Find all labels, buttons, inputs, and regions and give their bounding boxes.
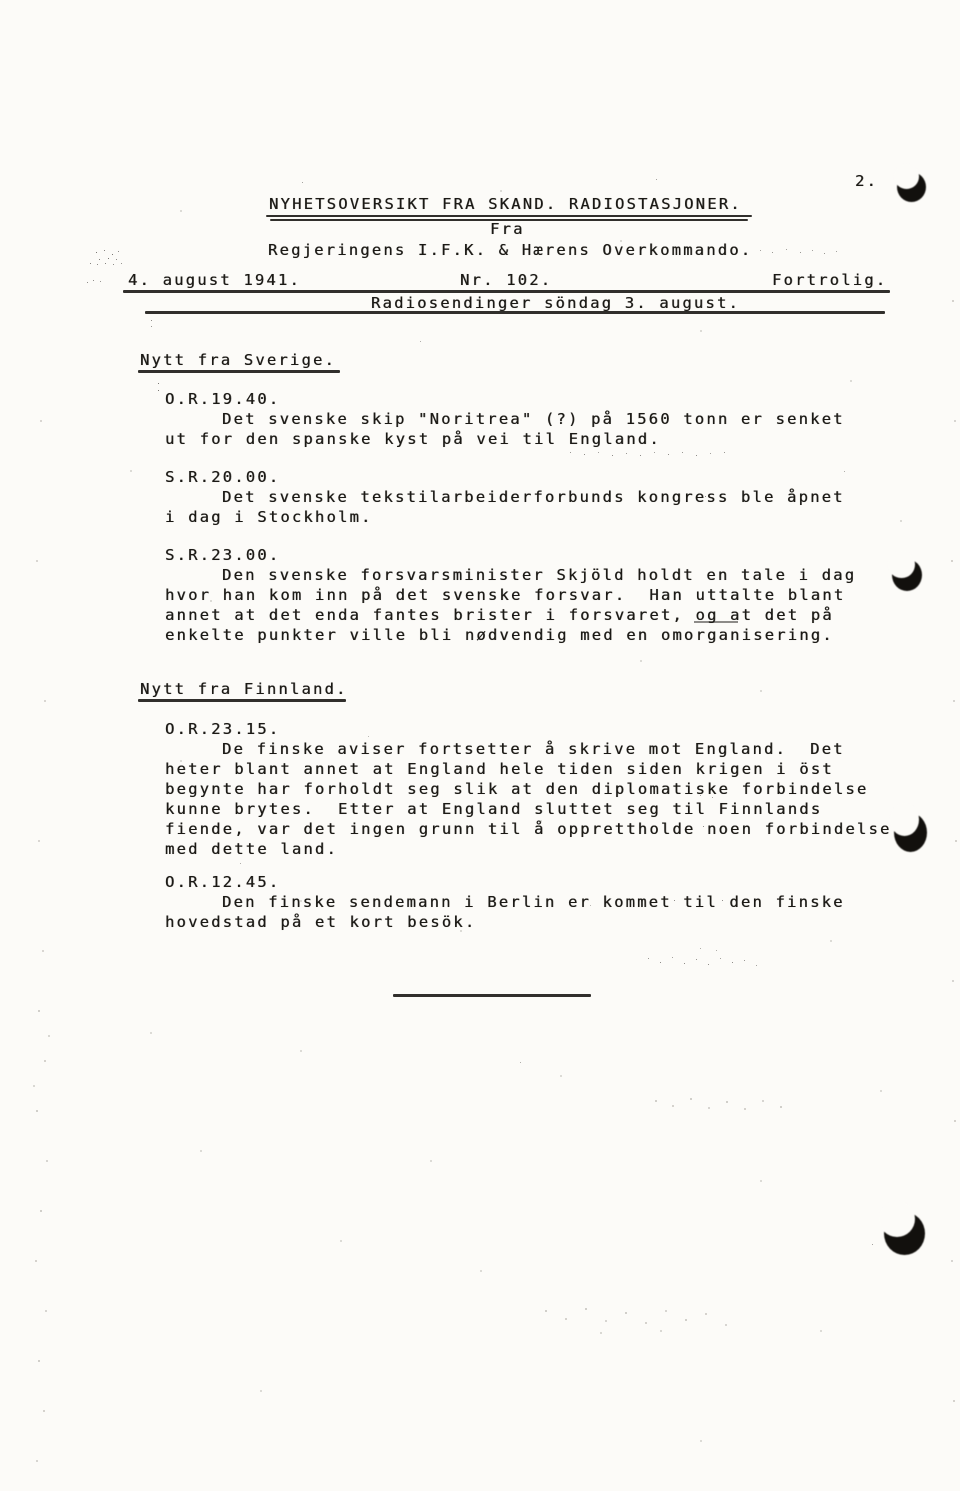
news-entry: S.R.23.00. Den svenske forsvarsminister …	[165, 545, 856, 645]
entry-text-line: Den svenske forsvarsminister Skjöld hold…	[165, 565, 856, 585]
section-heading-finnland: Nytt fra Finnland.	[140, 679, 348, 699]
news-entry: S.R.20.00. Det svenske tekstilarbeiderfo…	[165, 467, 845, 527]
entry-time-label: O.R.12.45.	[165, 872, 845, 892]
scan-artifact-crescent	[894, 813, 927, 852]
entry-text-line: ut for den spanske kyst på vei til Engla…	[165, 429, 845, 449]
entry-text-line: fiende, var det ingen grunn til å oppret…	[165, 819, 892, 839]
news-entry: O.R.23.15. De finske aviser fortsetter å…	[165, 719, 892, 859]
entry-text-line: De finske aviser fortsetter å skrive mot…	[165, 739, 892, 759]
section-heading-sverige: Nytt fra Sverige.	[140, 350, 336, 370]
entry-text-line: hvor han kom inn på det svenske forsvar.…	[165, 585, 856, 605]
masthead-from-line: Fra	[490, 219, 525, 239]
broadcast-line: Radiosendinger söndag 3. august.	[371, 293, 740, 313]
entry-text-line: Det svenske tekstilarbeiderforbunds kong…	[165, 487, 845, 507]
entry-time-label: S.R.20.00.	[165, 467, 845, 487]
entry-text-line: Den finske sendemann i Berlin er kommet …	[165, 892, 845, 912]
entry-time-label: S.R.23.00.	[165, 545, 856, 565]
entry-text-line: kunne brytes. Etter at England sluttet s…	[165, 799, 892, 819]
entry-text-line: begynte har forholdt seg slik at den dip…	[165, 779, 892, 799]
scan-noise-light	[0, 0, 2, 2]
scanned-document-page: 2. NYHETSOVERSIKT FRA SKAND. RADIOSTASJO…	[0, 0, 960, 1491]
end-divider-rule	[393, 994, 591, 997]
entry-text-line: annet at det enda fantes brister i forsv…	[165, 605, 856, 625]
entry-time-label: O.R.19.40.	[165, 389, 845, 409]
heading-underline	[138, 370, 340, 373]
scan-artifact-mark	[694, 621, 738, 623]
masthead-issuer-line: Regjeringens I.F.K. & Hærens Overkommand…	[268, 240, 752, 260]
issue-number: Nr. 102.	[460, 270, 552, 290]
title-underline	[266, 215, 752, 217]
document-title: NYHETSOVERSIKT FRA SKAND. RADIOSTASJONER…	[269, 194, 742, 214]
entry-text-line: med dette land.	[165, 839, 892, 859]
scan-artifact-crescent	[892, 559, 922, 591]
entry-text-line: i dag i Stockholm.	[165, 507, 845, 527]
news-entry: O.R.12.45. Den finske sendemann i Berlin…	[165, 872, 845, 932]
masthead-rule-bottom	[145, 311, 885, 314]
scan-artifact-crescent	[884, 1212, 925, 1255]
scan-artifact-crescent	[897, 172, 926, 202]
document-date: 4. august 1941.	[128, 270, 301, 290]
entry-text-line: enkelte punkter ville bli nødvendig med …	[165, 625, 856, 645]
entry-time-label: O.R.23.15.	[165, 719, 892, 739]
entry-text-line: hovedstad på et kort besök.	[165, 912, 845, 932]
classification-label: Fortrolig.	[772, 270, 887, 290]
news-entry: O.R.19.40. Det svenske skip "Noritrea" (…	[165, 389, 845, 449]
entry-text-line: heter blant annet at England hele tiden …	[165, 759, 892, 779]
heading-underline	[138, 699, 346, 702]
page-number: 2.	[855, 171, 878, 191]
entry-text-line: Det svenske skip "Noritrea" (?) på 1560 …	[165, 409, 845, 429]
